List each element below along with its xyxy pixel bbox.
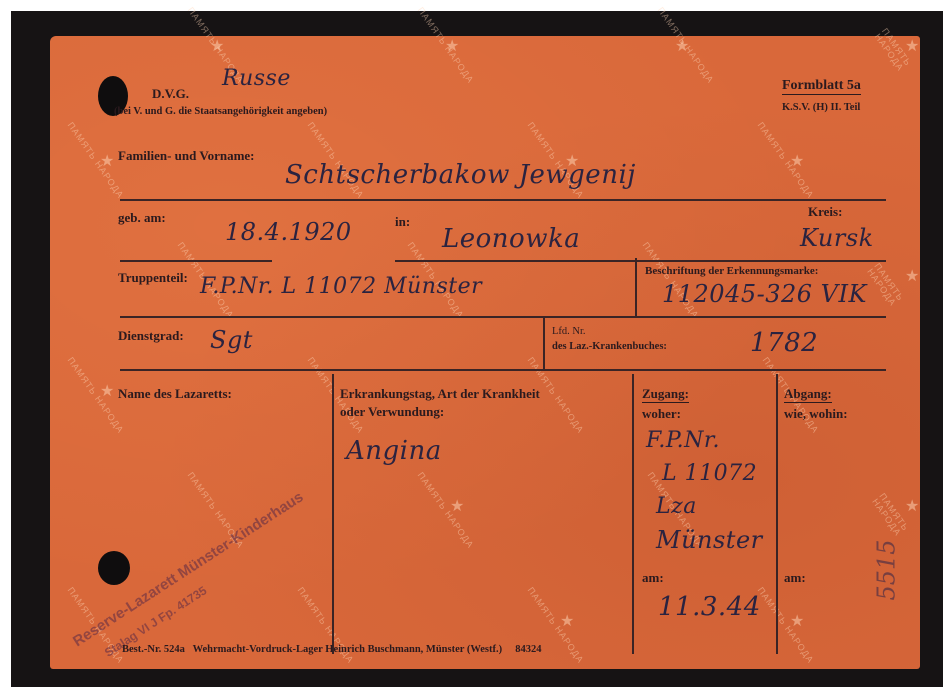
star-icon: ★: [905, 496, 919, 516]
tag-label: Beschriftung der Erkennungsmarke:: [645, 265, 818, 277]
illness-value: Angina: [346, 436, 442, 466]
birth-date-value: 18.4.1920: [225, 218, 352, 246]
arrival-from-line-2: L 11072: [662, 461, 757, 486]
ledger-value: 1782: [750, 328, 818, 358]
rank-value: Sgt: [210, 326, 253, 354]
illness-column-header-1: Erkrankungstag, Art der Krankheit: [340, 386, 540, 402]
star-icon: ★: [560, 611, 574, 631]
watermark: ПАМЯТЬ НАРОДА: [416, 471, 475, 550]
birth-date-label: geb. am:: [118, 210, 166, 226]
star-icon: ★: [445, 36, 459, 56]
unit-value: F.P.Nr. L 11072 Münster: [200, 274, 482, 299]
star-icon: ★: [100, 381, 114, 401]
rank-underline: [120, 369, 886, 371]
unit-label: Truppenteil:: [118, 270, 188, 286]
illness-column-header-2: oder Verwundung:: [340, 404, 444, 420]
district-label: Kreis:: [808, 204, 842, 220]
arrival-date-value: 11.3.44: [658, 592, 761, 622]
archive-side-number: 5515: [873, 539, 901, 600]
unit-divider: [635, 258, 637, 316]
column-divider-3: [776, 374, 778, 654]
column-divider-2: [632, 374, 634, 654]
departure-date-label: am:: [784, 570, 806, 586]
arrival-from-line-4: Münster: [656, 526, 763, 554]
name-label: Familien- und Vorname:: [118, 148, 255, 164]
star-icon: ★: [790, 151, 804, 171]
watermark: ПАМЯТЬ НАРОДА: [756, 586, 815, 665]
rank-label: Dienstgrad:: [118, 328, 184, 344]
birth-date-underline: [120, 260, 272, 262]
form-subtitle: K.S.V. (H) II. Teil: [782, 102, 860, 113]
watermark: ПАМЯТЬ НАРОДА: [66, 121, 125, 200]
footer-print-info: Best.-Nr. 524a Wehrmacht-Vordruck-Lager …: [122, 644, 542, 655]
name-value: Schtscherbakow Jewgenij: [285, 160, 636, 190]
star-icon: ★: [905, 266, 919, 286]
star-icon: ★: [210, 36, 224, 56]
form-title: Formblatt 5a: [782, 78, 861, 95]
star-icon: ★: [675, 36, 689, 56]
ledger-label-2: des Laz.-Krankenbuches:: [552, 341, 667, 352]
star-icon: ★: [905, 36, 919, 56]
unit-underline: [120, 316, 886, 318]
rank-divider: [543, 316, 545, 370]
hospital-column-header: Name des Lazaretts:: [118, 386, 232, 402]
district-value: Kursk: [800, 224, 874, 252]
arrival-column-header: Zugang:: [642, 386, 689, 403]
dvg-label: D.V.G.: [152, 86, 189, 102]
star-icon: ★: [100, 151, 114, 171]
departure-to-label: wie, wohin:: [784, 406, 848, 422]
birth-place-value: Leonowka: [442, 224, 580, 254]
arrival-from-line-3: Lza: [656, 494, 697, 519]
nationality-note: (bei V. und G. die Staatsangehörigkeit a…: [114, 106, 327, 117]
birth-place-label: in:: [395, 214, 410, 230]
hospital-registration-card: ПАМЯТЬ НАРОДА ПАМЯТЬ НАРОДА ПАМЯТЬ НАРОД…: [50, 36, 920, 669]
birth-place-underline: [395, 260, 886, 262]
ledger-label-1: Lfd. Nr.: [552, 326, 586, 337]
arrival-from-label: woher:: [642, 406, 681, 422]
watermark: ПАМЯТЬ НАРОДА: [756, 121, 815, 200]
tag-value: 112045-326 VIK: [662, 280, 867, 308]
arrival-from-line-1: F.P.Nr.: [646, 428, 720, 453]
nationality-value: Russe: [222, 66, 291, 91]
punch-hole-bottom: [98, 551, 130, 585]
star-icon: ★: [790, 611, 804, 631]
star-icon: ★: [450, 496, 464, 516]
name-underline: [120, 199, 886, 201]
arrival-date-label: am:: [642, 570, 664, 586]
departure-column-header: Abgang:: [784, 386, 832, 403]
watermark: ПАМЯТЬ НАРОДА: [66, 356, 125, 435]
column-divider-1: [332, 374, 334, 654]
